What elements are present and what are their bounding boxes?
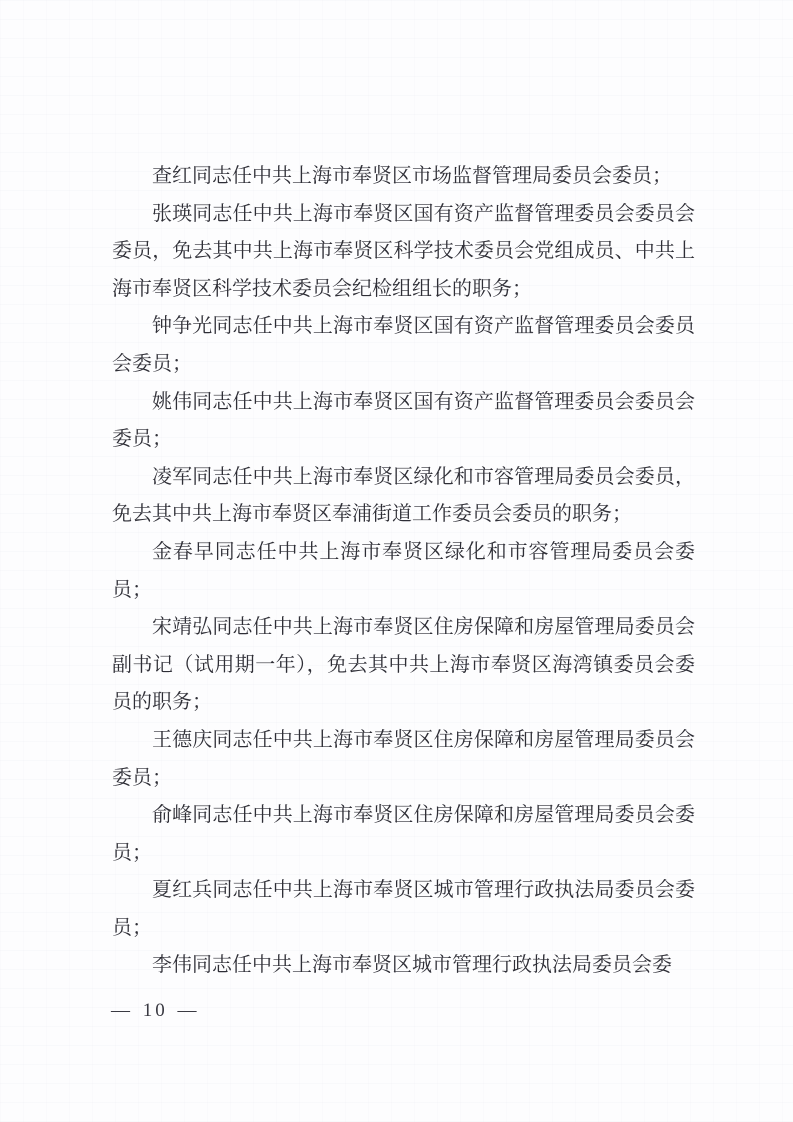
paragraph: 钟争光同志任中共上海市奉贤区国有资产监督管理委员会委员会委员； xyxy=(112,308,695,383)
paragraph: 李伟同志任中共上海市奉贤区城市管理行政执法局委员会委 xyxy=(112,947,695,985)
document-body: 查红同志任中共上海市奉贤区市场监督管理局委员会委员；张瑛同志任中共上海市奉贤区国… xyxy=(112,158,695,985)
document-page: 查红同志任中共上海市奉贤区市场监督管理局委员会委员；张瑛同志任中共上海市奉贤区国… xyxy=(0,0,793,1122)
paragraph: 姚伟同志任中共上海市奉贤区国有资产监督管理委员会委员会委员； xyxy=(112,384,695,459)
paragraph: 查红同志任中共上海市奉贤区市场监督管理局委员会委员； xyxy=(112,158,695,196)
paragraph: 王德庆同志任中共上海市奉贤区住房保障和房屋管理局委员会委员； xyxy=(112,722,695,797)
paragraph: 凌军同志任中共上海市奉贤区绿化和市容管理局委员会委员，免去其中共上海市奉贤区奉浦… xyxy=(112,459,695,534)
paragraph: 张瑛同志任中共上海市奉贤区国有资产监督管理委员会委员会委员，免去其中共上海市奉贤… xyxy=(112,196,695,309)
paragraph: 金春早同志任中共上海市奉贤区绿化和市容管理局委员会委员； xyxy=(112,534,695,609)
paragraph: 夏红兵同志任中共上海市奉贤区城市管理行政执法局委员会委员； xyxy=(112,872,695,947)
paragraph: 宋靖弘同志任中共上海市奉贤区住房保障和房屋管理局委员会副书记（试用期一年），免去… xyxy=(112,609,695,722)
page-number: — 10 — xyxy=(111,999,200,1023)
paragraph: 俞峰同志任中共上海市奉贤区住房保障和房屋管理局委员会委员； xyxy=(112,797,695,872)
